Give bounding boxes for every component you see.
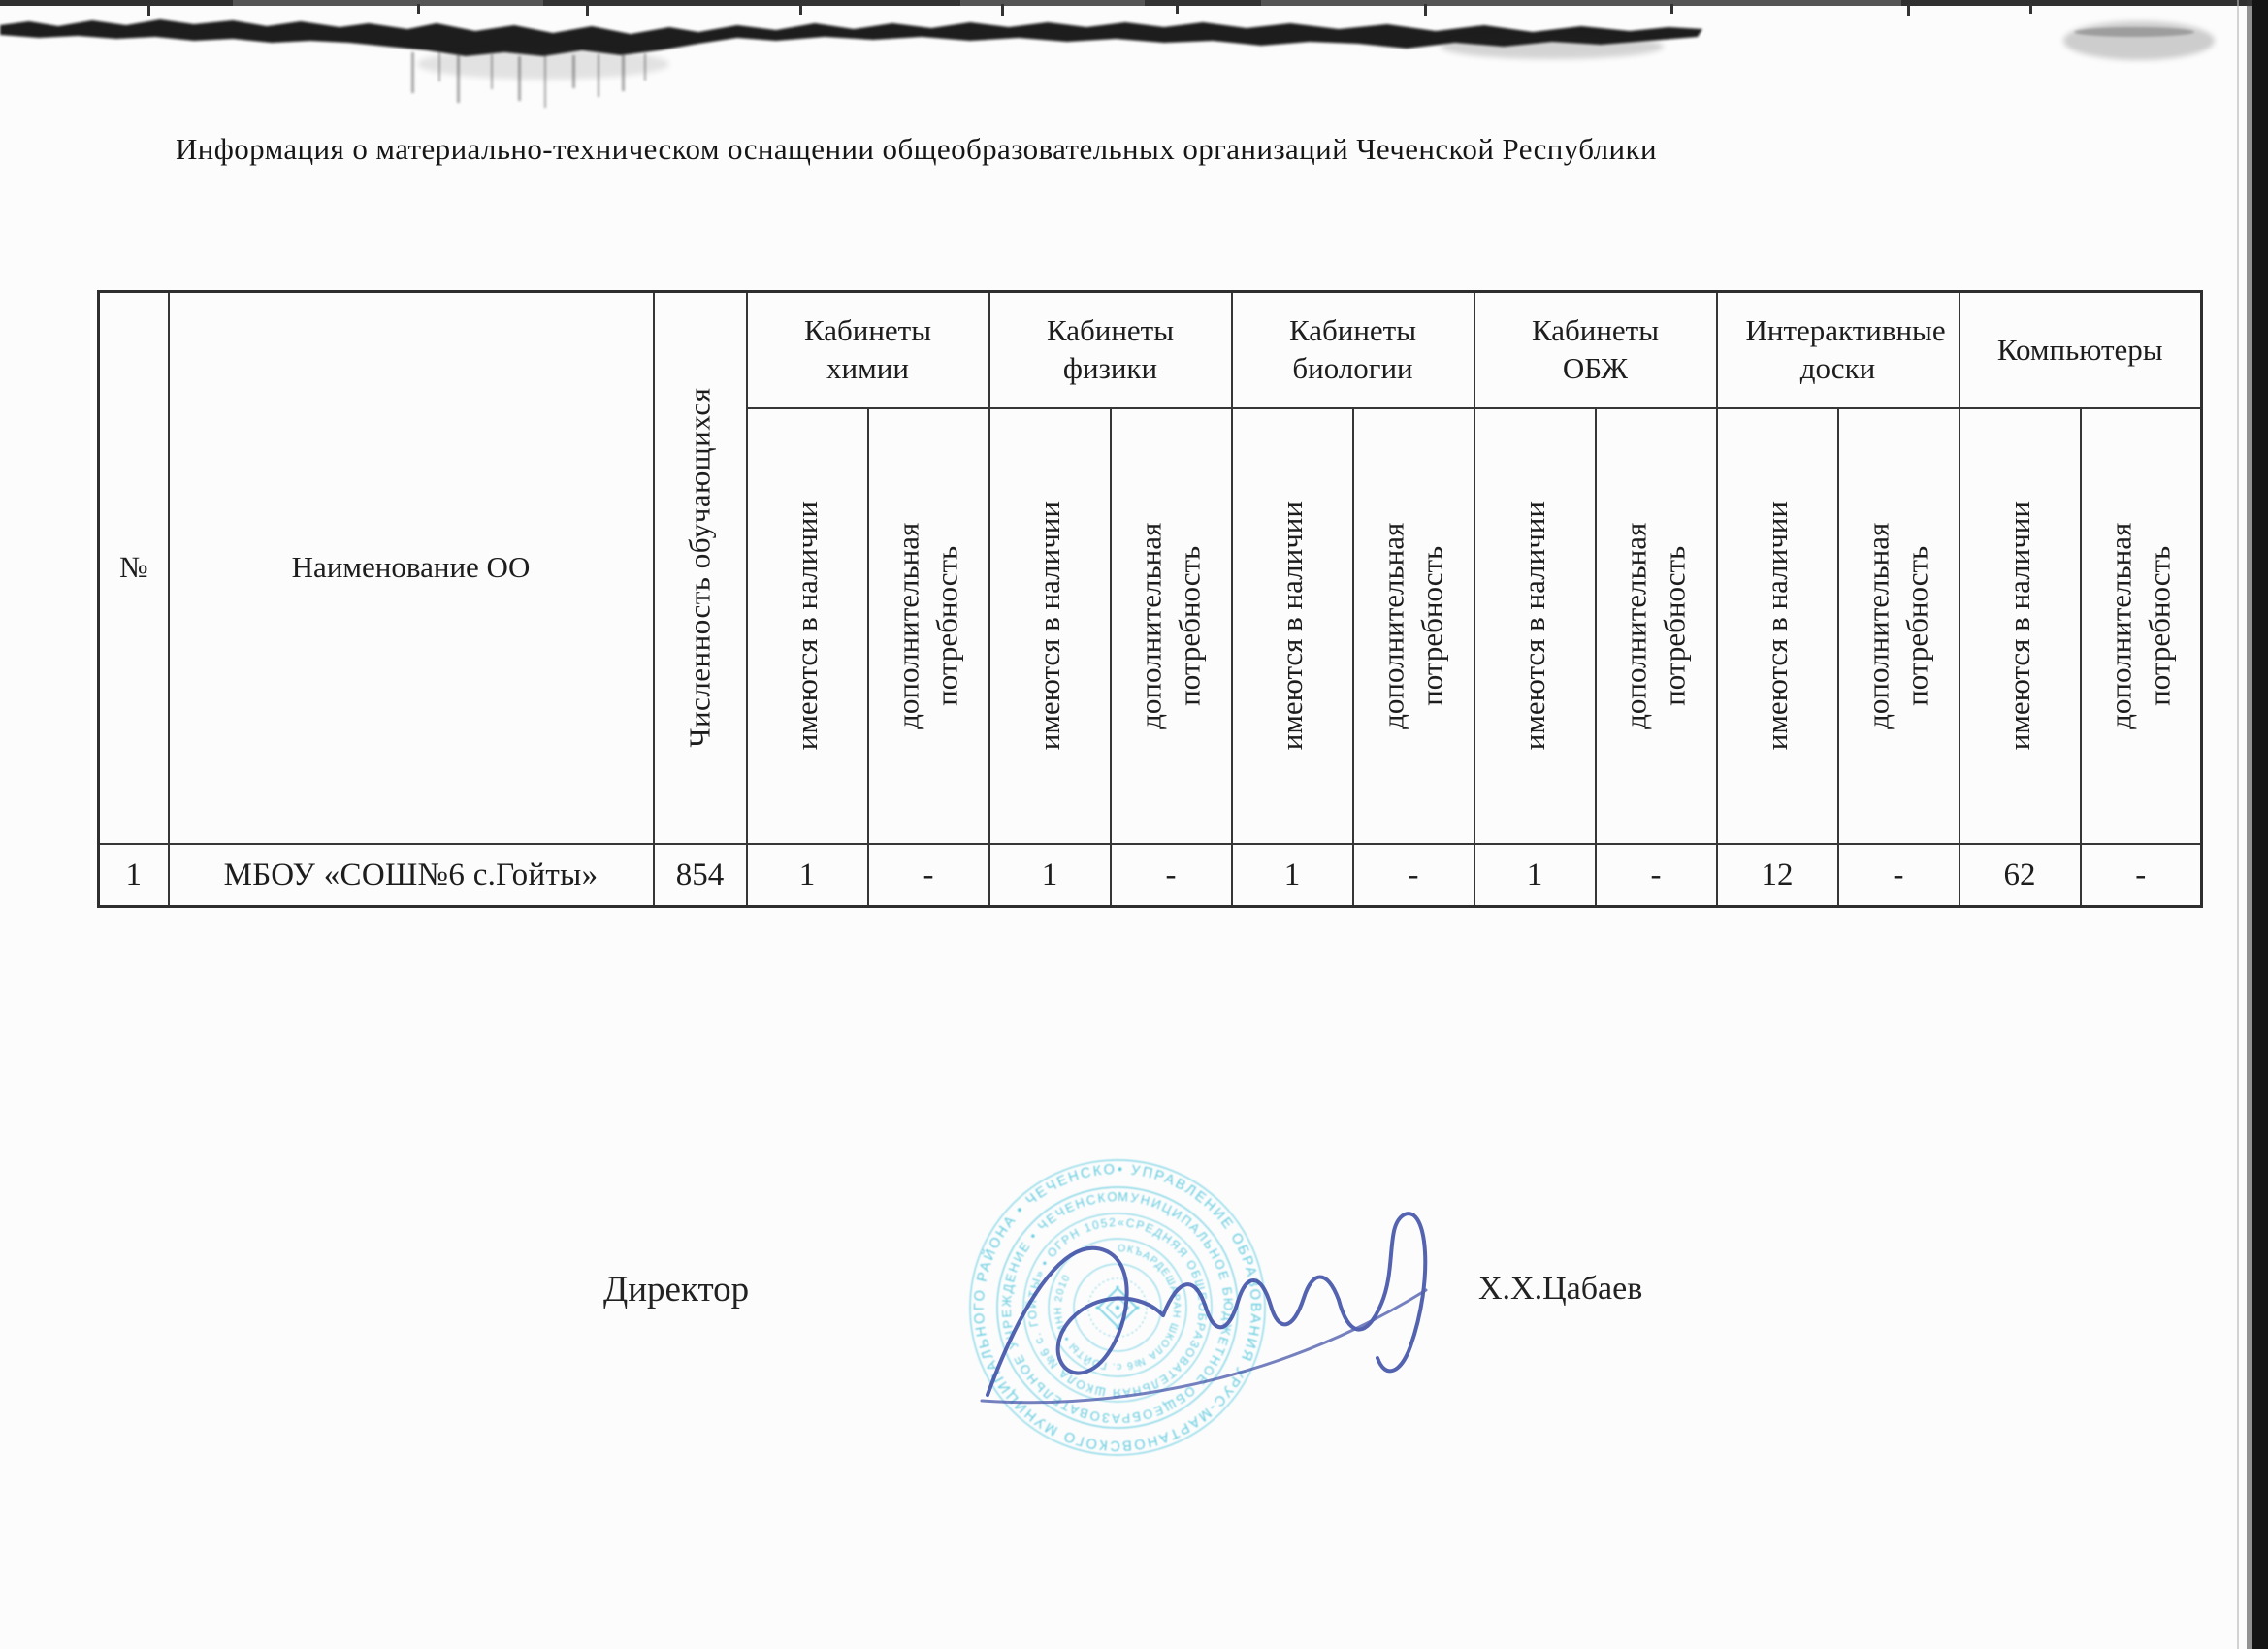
subcol-label: дополнительная потребность xyxy=(890,523,968,729)
col-header-students: Численность обучающихся xyxy=(654,292,747,845)
col-header-students-label: Численность обучающихся xyxy=(680,388,719,748)
cell-value: - xyxy=(1353,844,1474,907)
col-group-computers: Компьютеры xyxy=(1960,292,2202,409)
subcol-chemistry-available: имеются в наличии xyxy=(747,408,868,844)
col-header-name: Наименование ОО xyxy=(169,292,654,845)
subcol-physics-need: дополнительная потребность xyxy=(1111,408,1232,844)
col-group-computers-label: Компьютеры xyxy=(1997,332,2163,370)
cell-students: 854 xyxy=(654,844,747,907)
director-name: Х.Х.Цабаев xyxy=(1478,1271,1642,1308)
col-group-obzh-label: Кабинеты ОБЖ xyxy=(1504,312,1688,388)
subcol-label: имеются в наличии xyxy=(1758,501,1797,750)
subcol-physics-available: имеются в наличии xyxy=(989,408,1111,844)
col-group-chemistry: Кабинеты химии xyxy=(747,292,989,409)
col-group-boards: Интерактивные доски xyxy=(1717,292,1960,409)
subcol-label: дополнительная потребность xyxy=(1860,523,1938,729)
subcol-chemistry-need: дополнительная потребность xyxy=(868,408,989,844)
subcol-boards-available: имеются в наличии xyxy=(1717,408,1838,844)
col-group-obzh: Кабинеты ОБЖ xyxy=(1474,292,1717,409)
cell-value: - xyxy=(1838,844,1960,907)
cell-value: 1 xyxy=(1232,844,1353,907)
scan-artifact-right-edge xyxy=(2252,0,2268,1649)
subcol-label: дополнительная потребность xyxy=(1375,523,1453,729)
subcol-label: имеются в наличии xyxy=(2000,501,2039,750)
subcol-computers-need: дополнительная потребность xyxy=(2081,408,2202,844)
subcol-label: имеются в наличии xyxy=(1273,501,1312,750)
equipment-table: № Наименование ОО Численность обучающихс… xyxy=(97,290,2203,908)
subcol-biology-available: имеются в наличии xyxy=(1232,408,1353,844)
document-title: Информация о материально-техническом осн… xyxy=(176,132,1631,167)
scan-artifact-top xyxy=(0,0,2268,136)
table-row: 1 МБОУ «СОШ№6 с.Гойты» 854 1 - 1 - 1 - 1… xyxy=(99,844,2202,907)
cell-value: 1 xyxy=(747,844,868,907)
director-label: Директор xyxy=(603,1269,749,1310)
cell-value: - xyxy=(2081,844,2202,907)
cell-value: 62 xyxy=(1960,844,2081,907)
col-group-physics: Кабинеты физики xyxy=(989,292,1232,409)
subcol-label: дополнительная потребность xyxy=(1132,523,1211,729)
paper-edge-line xyxy=(2237,0,2239,1649)
col-group-chemistry-label: Кабинеты химии xyxy=(776,312,960,388)
subcol-label: дополнительная потребность xyxy=(2101,523,2180,729)
scanned-page: Информация о материально-техническом осн… xyxy=(0,0,2268,1649)
cell-value: - xyxy=(868,844,989,907)
col-header-name-label: Наименование ОО xyxy=(292,550,531,584)
smudge-top-right xyxy=(2063,21,2215,60)
col-group-biology: Кабинеты биологии xyxy=(1232,292,1474,409)
director-signature xyxy=(960,1169,1489,1426)
subcol-obzh-need: дополнительная потребность xyxy=(1596,408,1717,844)
col-header-number-label: № xyxy=(119,550,148,584)
subcol-boards-need: дополнительная потребность xyxy=(1838,408,1960,844)
subcol-obzh-available: имеются в наличии xyxy=(1474,408,1596,844)
cell-school-name: МБОУ «СОШ№6 с.Гойты» xyxy=(169,844,654,907)
cell-row-number: 1 xyxy=(99,844,169,907)
subcol-label: имеются в наличии xyxy=(1030,501,1069,750)
subcol-label: имеются в наличии xyxy=(1515,501,1554,750)
cell-value: 1 xyxy=(989,844,1111,907)
subcol-label: дополнительная потребность xyxy=(1617,523,1696,729)
subcol-label: имеются в наличии xyxy=(788,501,826,750)
subcol-computers-available: имеются в наличии xyxy=(1960,408,2081,844)
cell-value: 1 xyxy=(1474,844,1596,907)
col-group-physics-label: Кабинеты физики xyxy=(1019,312,1203,388)
col-group-biology-label: Кабинеты биологии xyxy=(1261,312,1445,388)
col-group-boards-label: Интерактивные доски xyxy=(1746,312,1930,388)
subcol-biology-need: дополнительная потребность xyxy=(1353,408,1474,844)
cell-value: - xyxy=(1111,844,1232,907)
cell-value: 12 xyxy=(1717,844,1838,907)
col-header-number: № xyxy=(99,292,169,845)
cell-value: - xyxy=(1596,844,1717,907)
